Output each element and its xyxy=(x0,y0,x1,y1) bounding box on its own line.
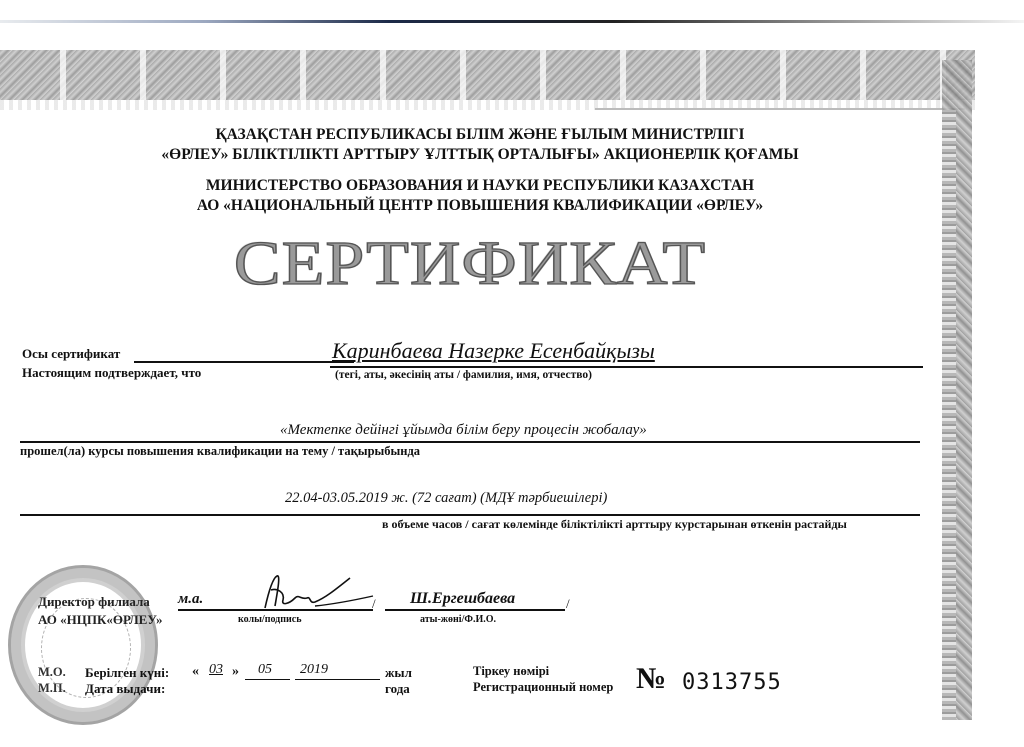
handwritten-signature-icon xyxy=(255,570,375,615)
ornamental-border-top xyxy=(0,50,975,100)
signer-name-line xyxy=(385,609,565,611)
registration-label-kz: Тіркеу нөмірі xyxy=(473,664,549,679)
course-volume-caption: в объеме часов / сағат көлемінде білікті… xyxy=(382,517,847,532)
signer-name: Ш.Ергешбаева xyxy=(410,590,515,608)
issue-date-open-quote: « xyxy=(192,664,199,680)
recipient-name-line xyxy=(330,366,923,368)
course-topic-caption: прошел(ла) курсы повышения квалификации … xyxy=(20,444,420,459)
issue-date-day: 03 xyxy=(200,662,232,678)
issue-date-close-quote: » xyxy=(232,664,239,680)
stamp-place-kz: М.О. xyxy=(38,665,66,680)
scan-edge-line xyxy=(0,20,1024,23)
signature-separator: / xyxy=(372,596,376,612)
signer-caption: аты-жөні/Ф.И.О. xyxy=(420,614,496,625)
course-volume: 22.04-03.05.2019 ж. (72 сағат) (МДҰ тәрб… xyxy=(285,490,607,507)
certificate-title: СЕРТИФИКАТ xyxy=(230,230,710,298)
header-ru-line-1: МИНИСТЕРСТВО ОБРАЗОВАНИЯ И НАУКИ РЕСПУБЛ… xyxy=(0,176,960,196)
recipient-underline-left xyxy=(134,361,354,363)
header-kz-line-2: «ӨРЛЕУ» БІЛІКТІЛІКТІ АРТТЫРУ ҰЛТТЫҚ ОРТА… xyxy=(0,145,960,165)
issue-date-label-kz: Берілген күні: xyxy=(85,665,169,681)
official-seal-stamp xyxy=(8,565,158,725)
header-kz-line-1: ҚАЗАҚСТАН РЕСПУБЛИКАСЫ БІЛІМ ЖӘНЕ ҒЫЛЫМ … xyxy=(0,125,960,145)
year-label-ru: года xyxy=(385,681,410,697)
issue-date-label-ru: Дата выдачи: xyxy=(85,681,165,697)
signatory-organization: АО «НЦПК«ӨРЛЕУ» xyxy=(38,612,163,628)
issue-date-month-line xyxy=(245,679,290,680)
recipient-name-hint: (тегі, аты, әкесінің аты / фамилия, имя,… xyxy=(335,369,592,381)
course-topic-line xyxy=(20,441,920,443)
recipient-label-ru: Настоящим подтверждает, что xyxy=(22,365,201,381)
course-volume-line xyxy=(20,514,920,516)
header-ru-line-2: АО «НАЦИОНАЛЬНЫЙ ЦЕНТР ПОВЫШЕНИЯ КВАЛИФИ… xyxy=(0,196,960,216)
recipient-name: Каринбаева Назерке Есенбайқызы xyxy=(332,338,655,364)
header-kz: ҚАЗАҚСТАН РЕСПУБЛИКАСЫ БІЛІМ ЖӘНЕ ҒЫЛЫМ … xyxy=(0,125,960,165)
issue-date-year-line xyxy=(295,679,380,680)
header-ru: МИНИСТЕРСТВО ОБРАЗОВАНИЯ И НАУКИ РЕСПУБЛ… xyxy=(0,176,960,216)
recipient-label-kz: Осы сертификат xyxy=(22,346,120,362)
issue-date-year: 2019 xyxy=(300,662,328,678)
stamp-place-ru: М.П. xyxy=(38,681,66,696)
signer-separator: / xyxy=(566,596,570,612)
signature-caption: колы/подпись xyxy=(238,614,301,625)
signatory-role: Директор филиала xyxy=(38,594,150,610)
inner-frame-line xyxy=(595,108,965,110)
registration-label-ru: Регистрационный номер xyxy=(473,680,613,695)
issue-date-month: 05 xyxy=(258,662,272,678)
number-sign: № xyxy=(636,664,666,694)
course-topic: «Мектепке дейінгі ұйымда білім беру проц… xyxy=(280,422,647,439)
registration-number: 0313755 xyxy=(682,670,782,695)
acting-abbreviation: м.а. xyxy=(178,591,203,608)
year-label-kz: жыл xyxy=(385,665,412,681)
